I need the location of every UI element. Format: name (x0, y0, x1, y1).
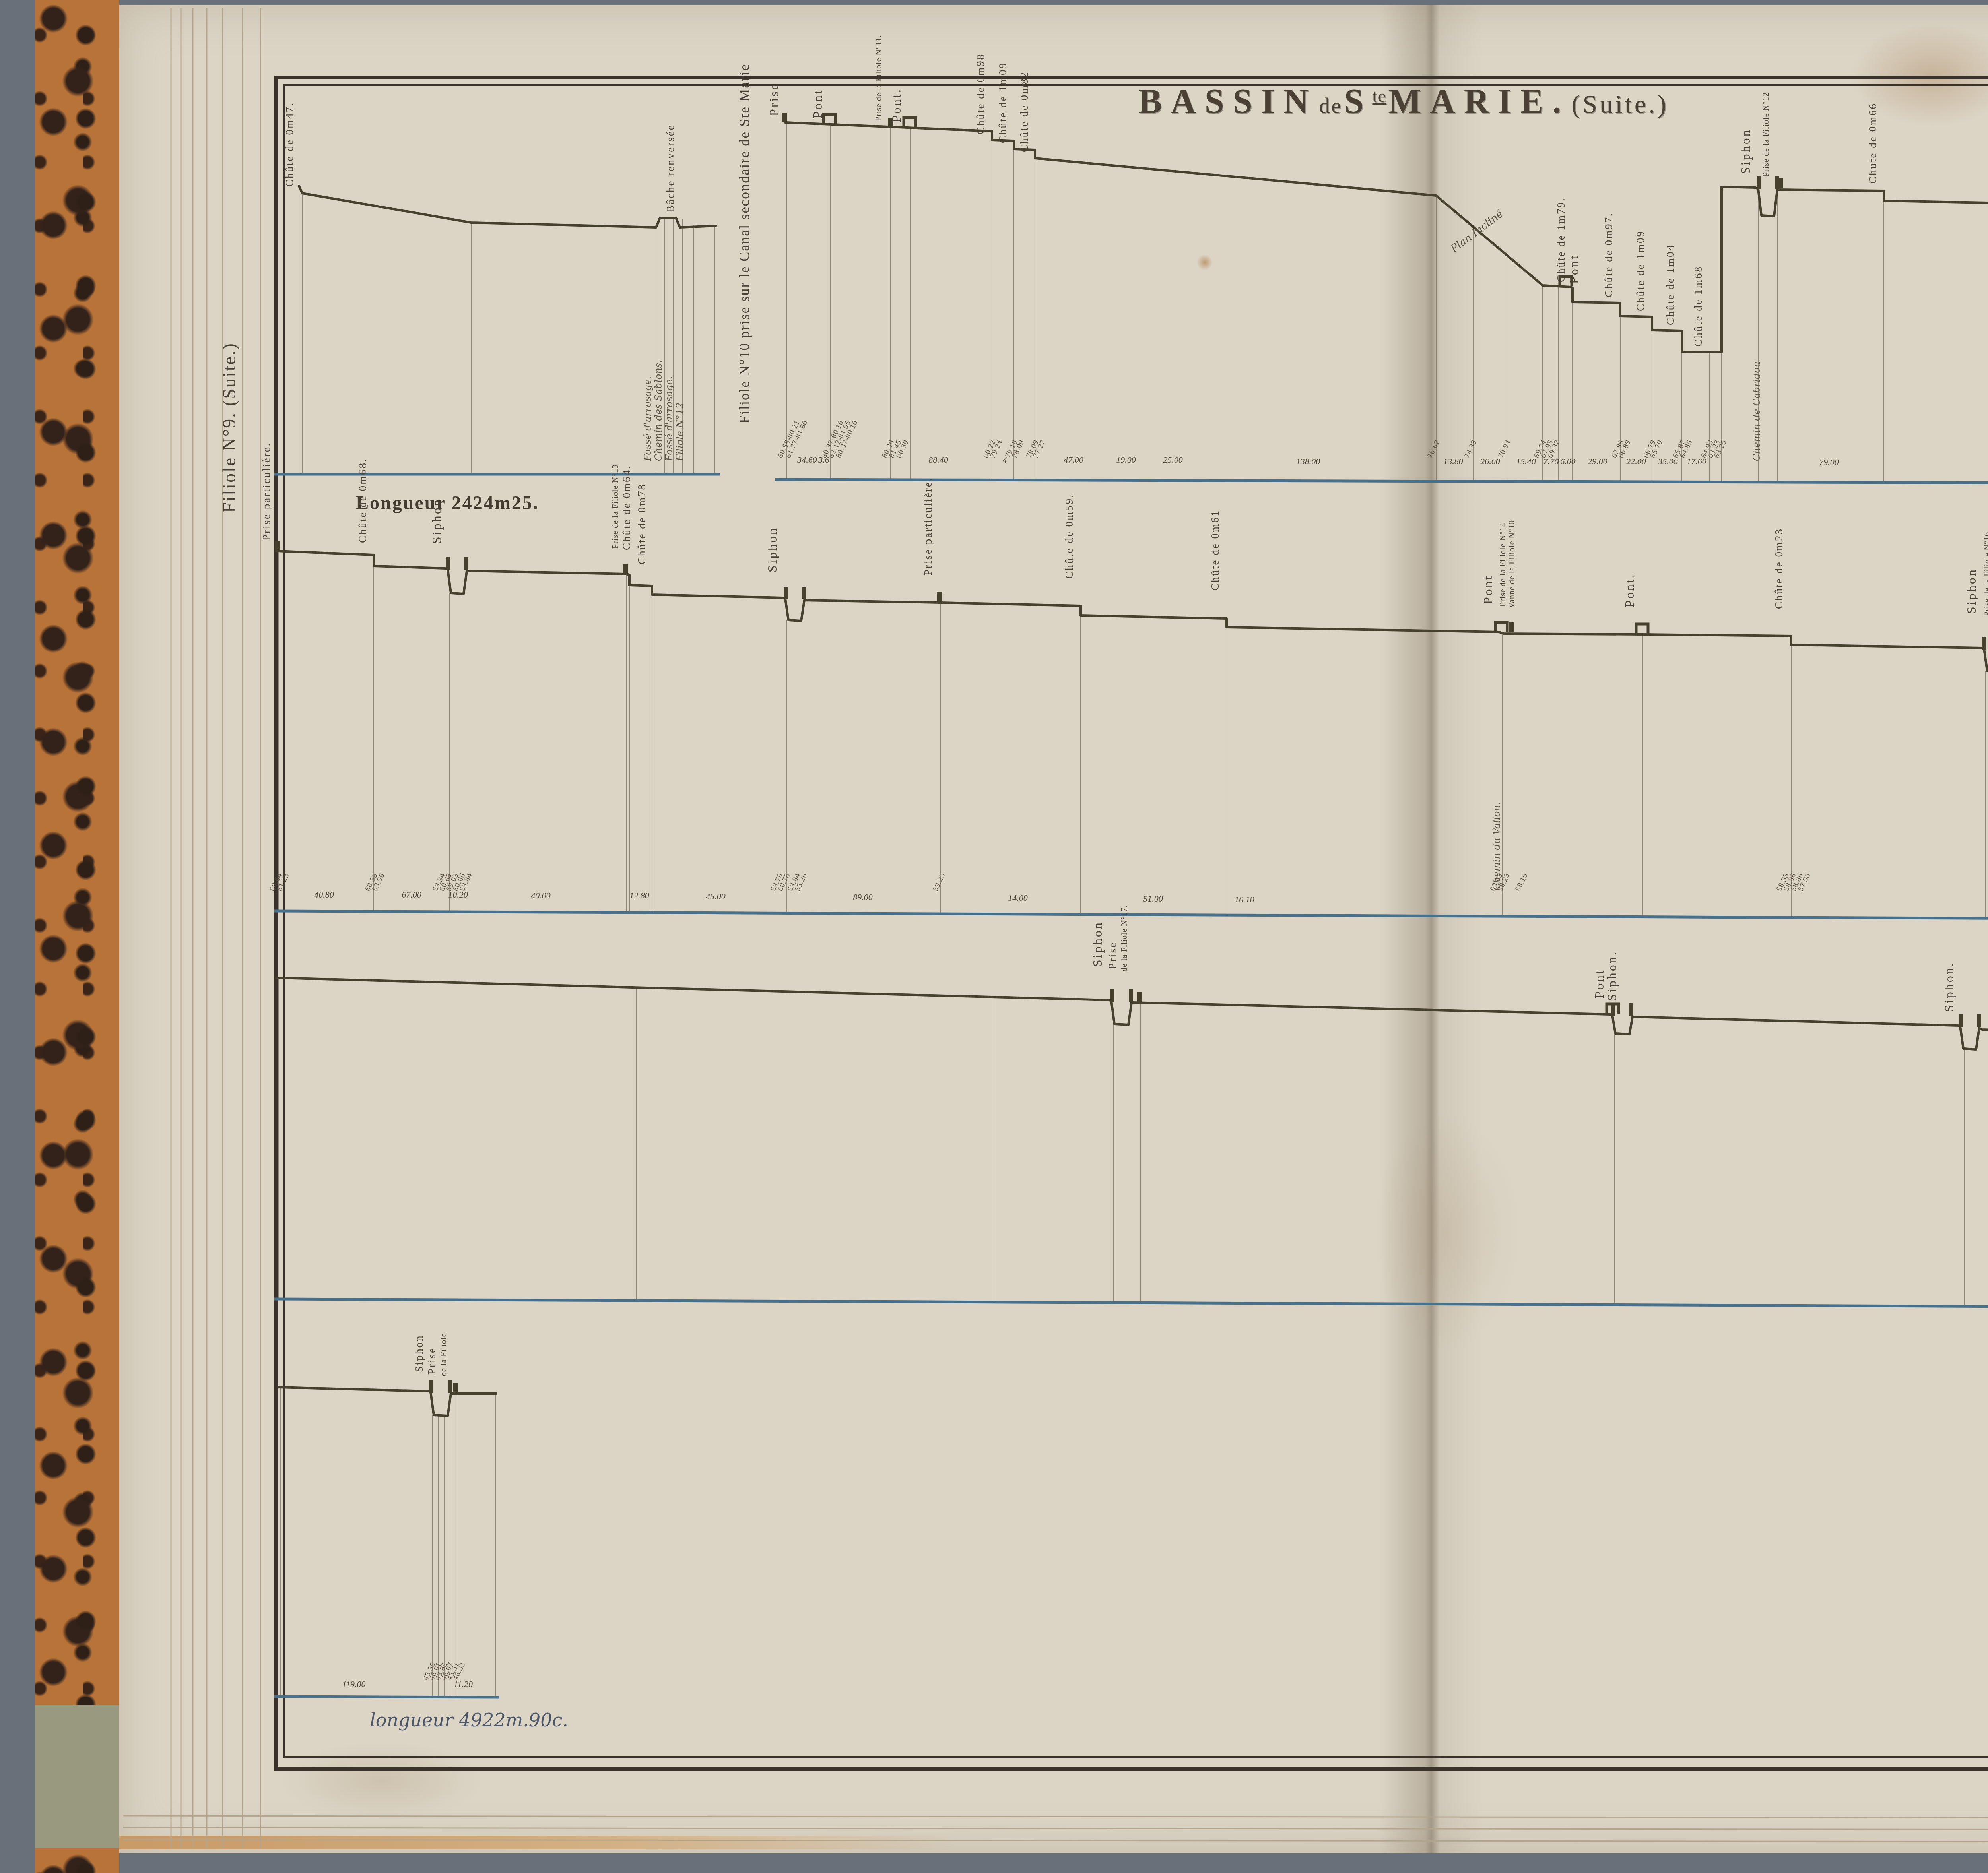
annotation-layer: Chûte de 0m47.Bâche renverséeFossé d'arr… (0, 0, 1988, 1873)
book-scan: BASSIN de Ste MARIE. (Suite.) Longueur 2… (0, 0, 1988, 1873)
